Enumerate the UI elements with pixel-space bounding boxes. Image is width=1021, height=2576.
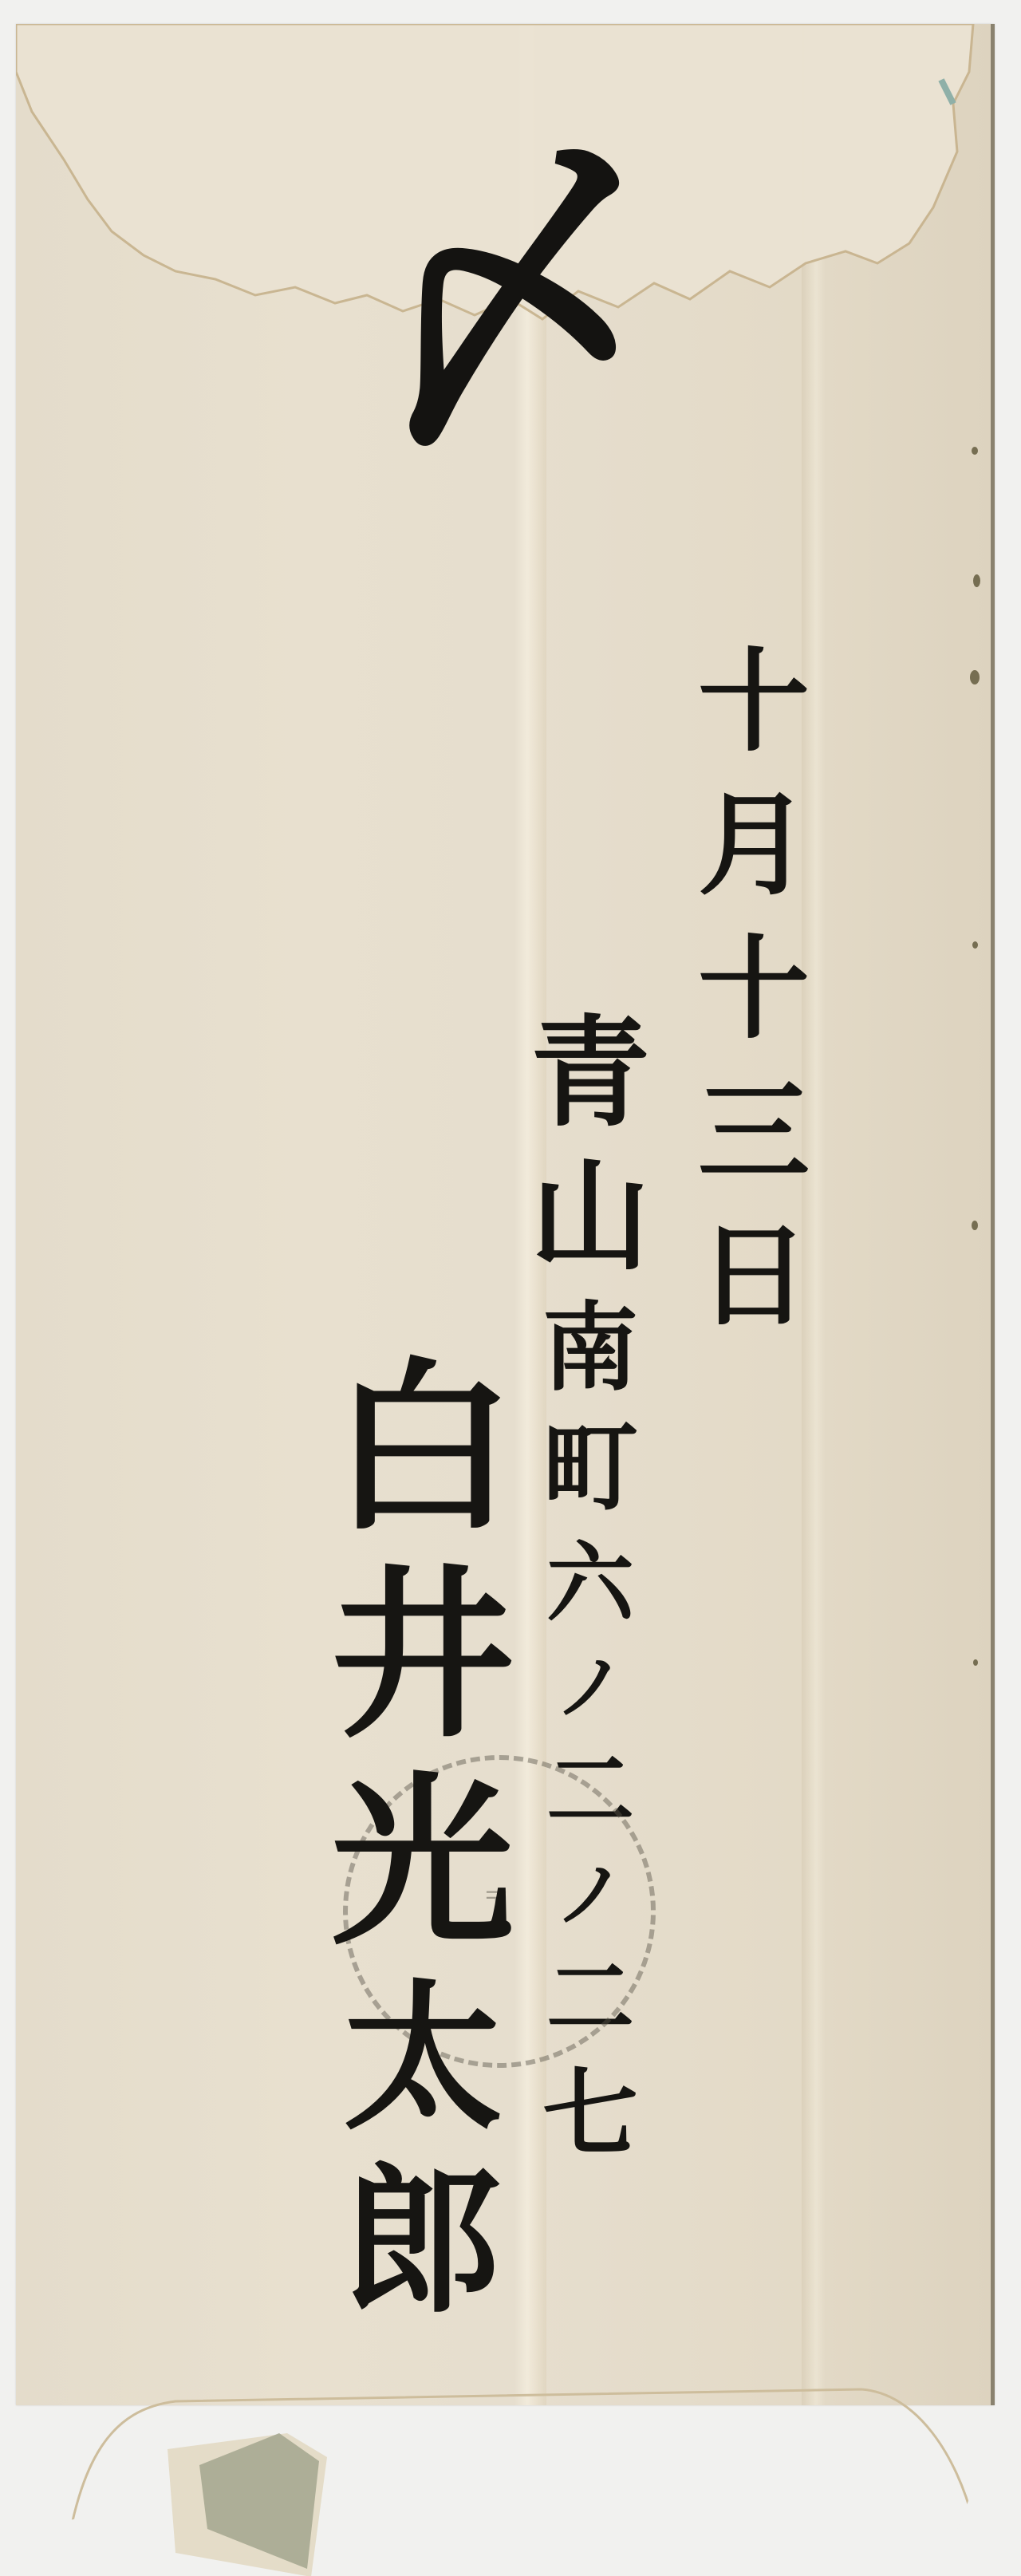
torn-flap-tab — [160, 2433, 335, 2576]
date-char: 月 — [698, 790, 810, 901]
date-char: 十 — [698, 646, 810, 758]
address-char: ノ — [554, 1651, 626, 1723]
address-char: 山 — [530, 1157, 650, 1276]
date-char: 十 — [698, 933, 810, 1045]
date-char: 三 — [698, 1077, 810, 1189]
address-char: 六 — [546, 1540, 634, 1627]
address-char: 南 — [542, 1300, 638, 1396]
address-char: 七 — [542, 2066, 638, 2162]
date-column: 十 月 十 三 日 — [694, 646, 814, 1364]
name-char: 郎 — [343, 2162, 503, 2322]
date-char: 日 — [698, 1221, 810, 1332]
name-char: 太 — [343, 1978, 503, 2138]
sender-name-column: 白 井 光 太 郎 — [319, 1356, 526, 2345]
name-char: 井 — [331, 1564, 514, 1747]
address-char: 青 — [530, 1013, 650, 1133]
name-char: 白 — [331, 1356, 514, 1540]
seal-mark-shime: 〆 — [339, 132, 681, 474]
edge-stains — [965, 383, 989, 2138]
address-char: 町 — [542, 1420, 638, 1516]
name-char: 光 — [331, 1771, 514, 1955]
